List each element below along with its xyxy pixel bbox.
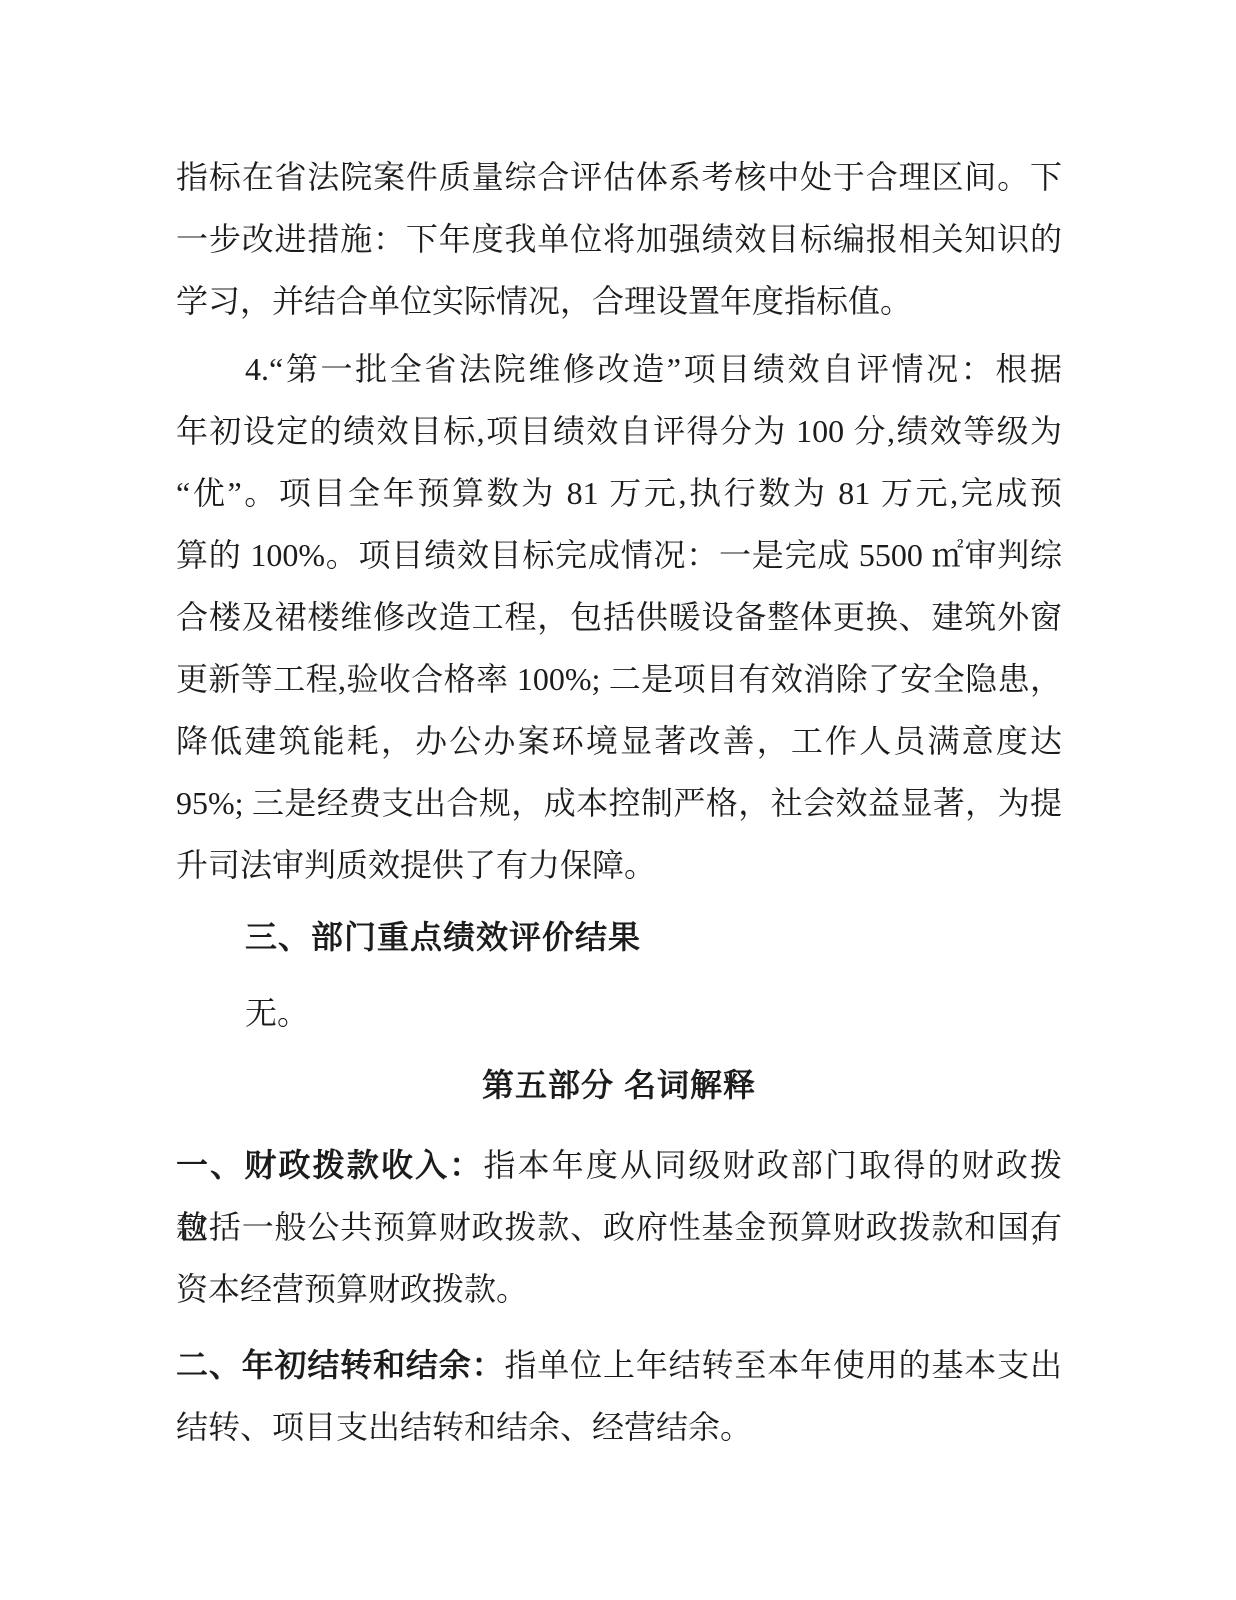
document-content: 指标在省法院案件质量综合评估体系考核中处于合理区间。下 一步改进措施：下年度我单… [176,0,1062,1458]
text-line: 指标在省法院案件质量综合评估体系考核中处于合理区间。下 [176,146,1062,208]
text-line: 一步改进措施：下年度我单位将加强绩效目标编报相关知识的 [176,208,1062,270]
text-line: 合楼及裙楼维修改造工程，包括供暖设备整体更换、建筑外窗 [176,586,1062,648]
part-heading-glossary: 第五部分 名词解释 [176,1054,1062,1116]
text-line: 包括一般公共预算财政拨款、政府性基金预算财政拨款和国有 [176,1196,1062,1258]
text-line: 更新等工程,验收合格率 100%; 二是项目有效消除了安全隐患， [176,648,1062,710]
text-line: 95%; 三是经费支出合规，成本控制严格，社会效益显著，为提 [176,772,1062,834]
text-line: 年初设定的绩效目标,项目绩效自评得分为 100 分,绩效等级为 [176,400,1062,462]
definition-term: 二、年初结转和结余： [176,1347,504,1383]
text-line: 算的 100%。项目绩效目标完成情况：一是完成 5500 ㎡审判综 [176,524,1062,586]
paragraph-project-self-evaluation: 4.“第一批全省法院维修改造”项目绩效自评情况：根据 年初设定的绩效目标,项目绩… [176,338,1062,896]
text-line: 资本经营预算财政拨款。 [176,1258,1062,1320]
text-line: 一、财政拨款收入：指本年度从同级财政部门取得的财政拨款， [176,1134,1062,1196]
text-line: “优”。项目全年预算数为 81 万元,执行数为 81 万元,完成预 [176,462,1062,524]
section-heading-key-performance-evaluation: 三、部门重点绩效评价结果 [176,906,1062,968]
text-line: 降低建筑能耗，办公办案环境显著改善，工作人员满意度达 [176,710,1062,772]
paragraph-improvement-measures: 指标在省法院案件质量综合评估体系考核中处于合理区间。下 一步改进措施：下年度我单… [176,146,1062,332]
text-line: 二、年初结转和结余：指单位上年结转至本年使用的基本支出 [176,1334,1062,1396]
paragraph-none: 无。 [176,982,1062,1044]
definition-fiscal-appropriation-income: 一、财政拨款收入：指本年度从同级财政部门取得的财政拨款， 包括一般公共预算财政拨… [176,1134,1062,1320]
text-line: 结转、项目支出结转和结余、经营结余。 [176,1396,1062,1458]
document-page: 指标在省法院案件质量综合评估体系考核中处于合理区间。下 一步改进措施：下年度我单… [0,0,1236,1600]
text-line: 学习，并结合单位实际情况，合理设置年度指标值。 [176,270,1062,332]
definition-text: 指单位上年结转至本年使用的基本支出 [504,1347,1062,1383]
definition-term: 一、财政拨款收入： [176,1147,483,1183]
text-line: 4.“第一批全省法院维修改造”项目绩效自评情况：根据 [176,338,1062,400]
definition-carryover-and-surplus: 二、年初结转和结余：指单位上年结转至本年使用的基本支出 结转、项目支出结转和结余… [176,1334,1062,1458]
text-line: 升司法审判质效提供了有力保障。 [176,834,1062,896]
